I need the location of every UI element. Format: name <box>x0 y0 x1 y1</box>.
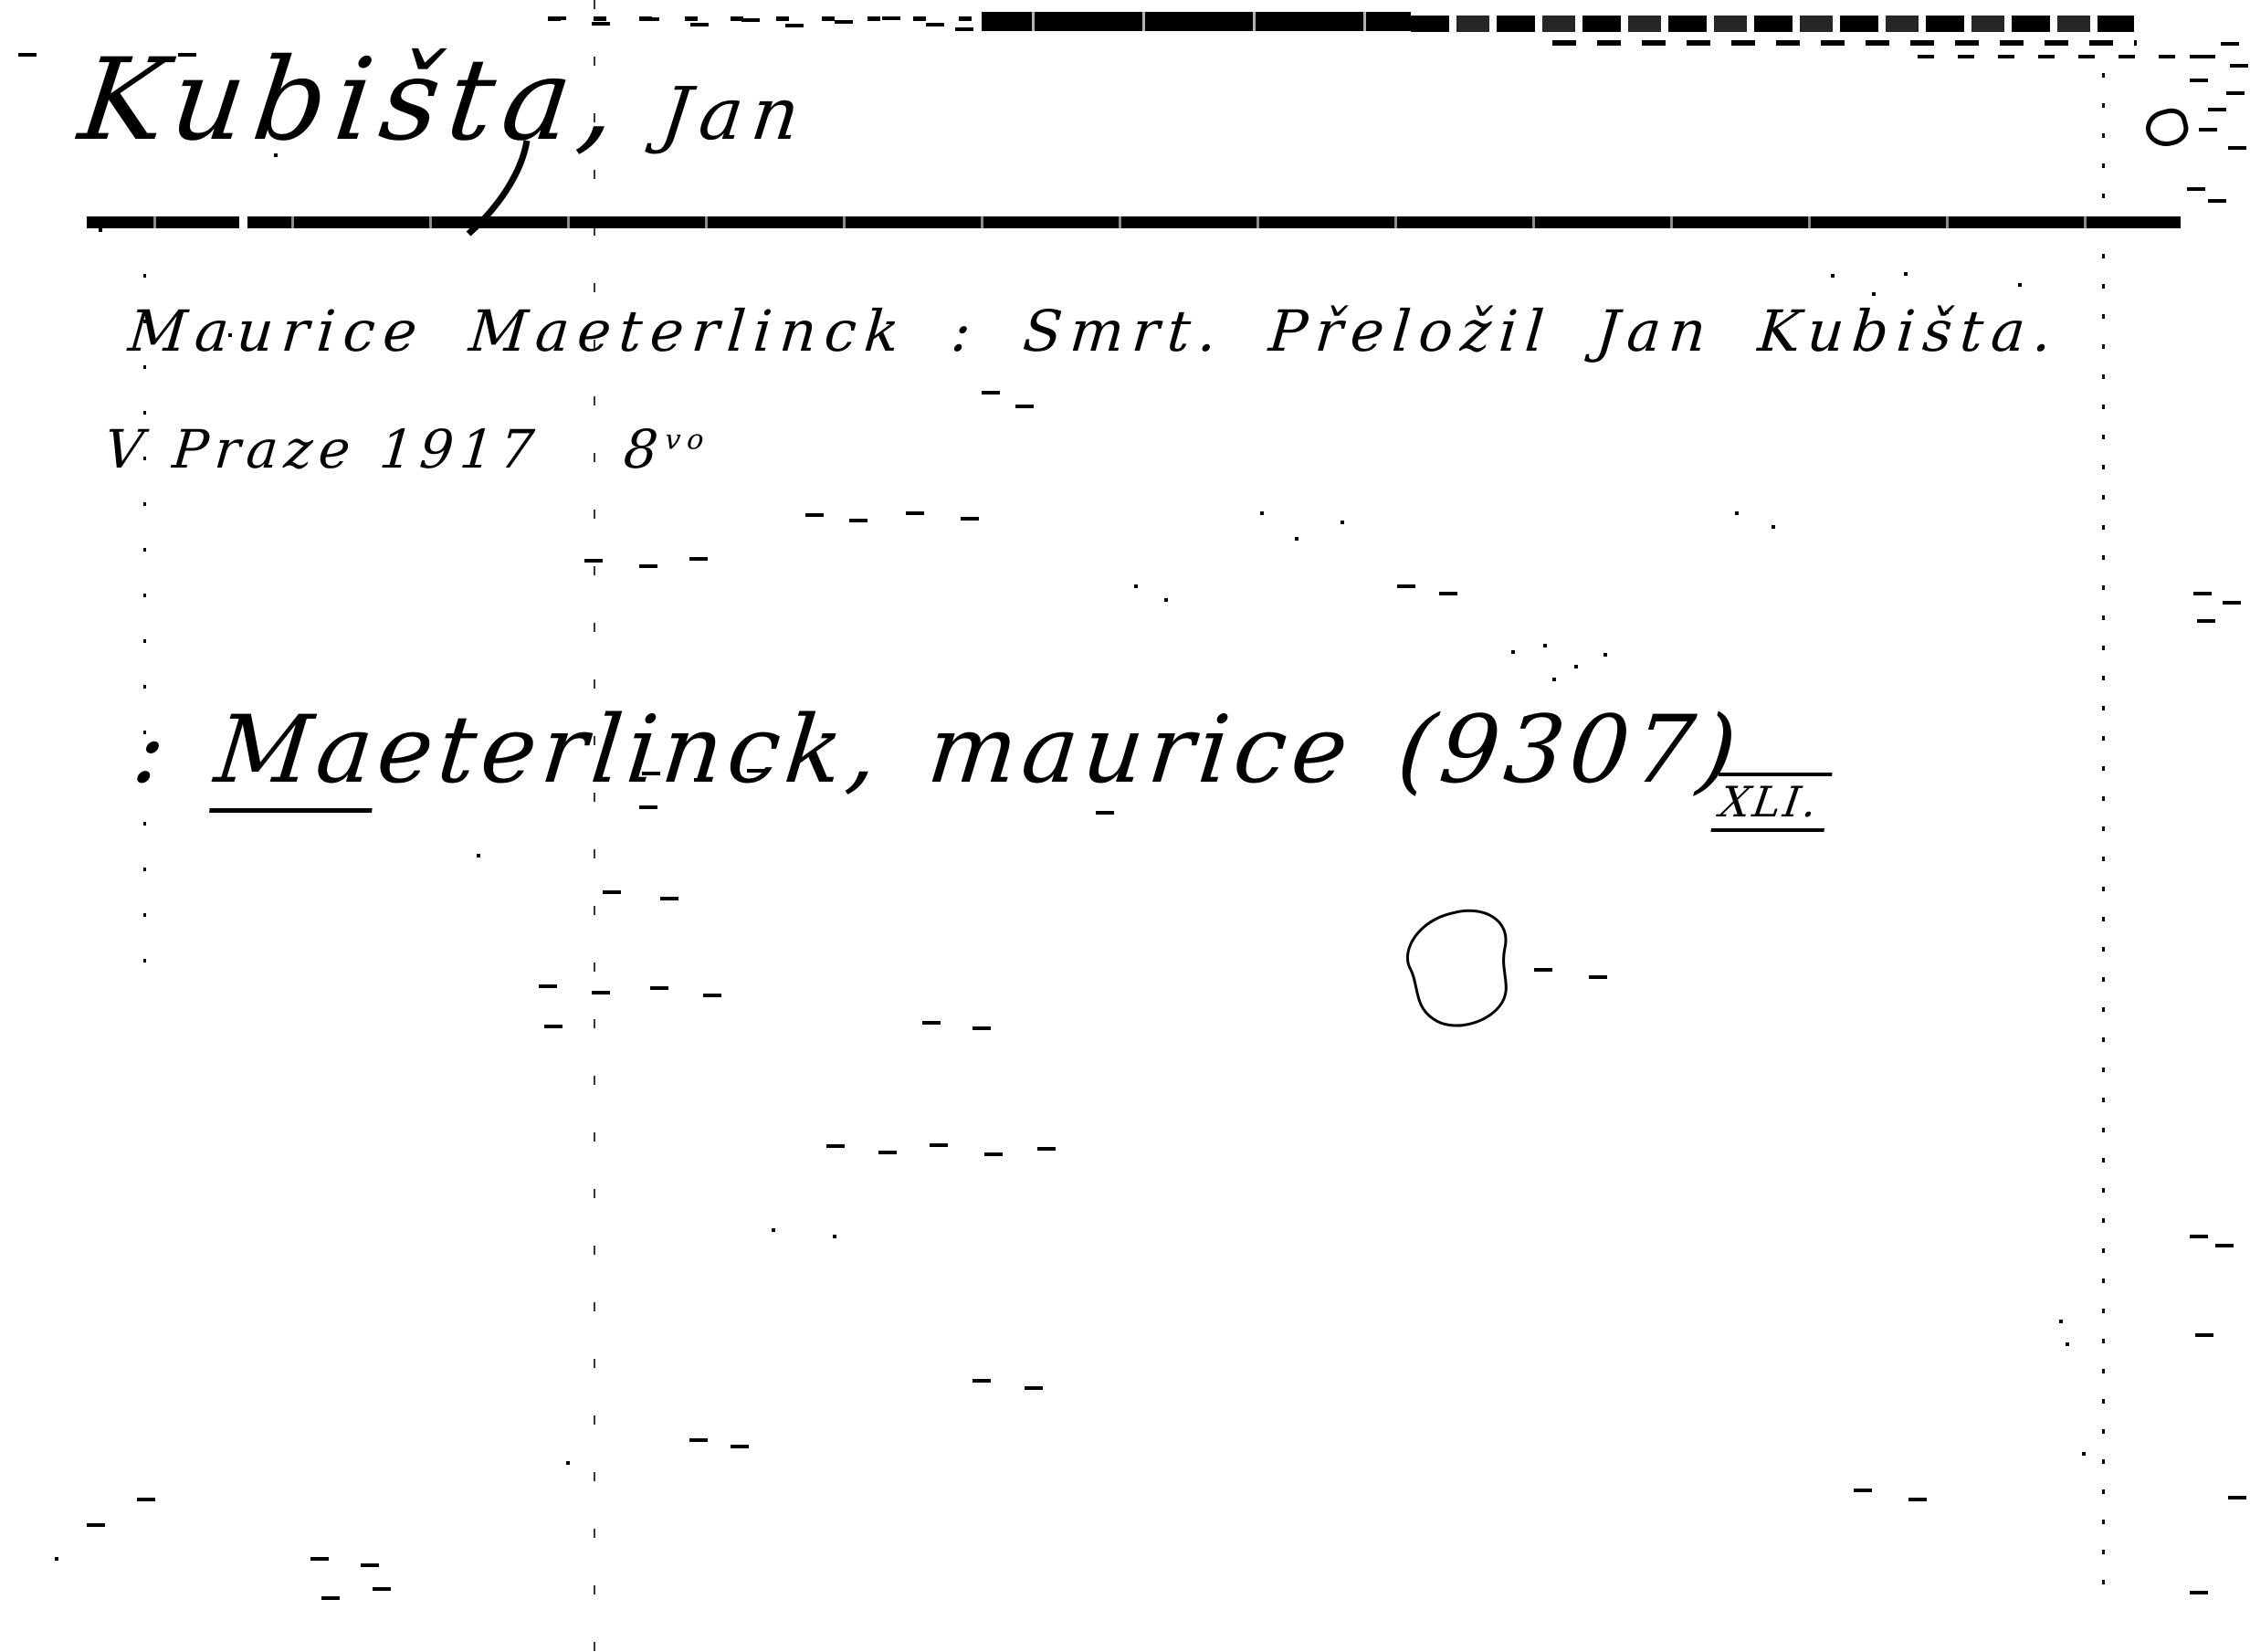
format-number: 8 <box>622 418 668 480</box>
added-entry-line: :Maeterlinck, maurice (9307) <box>128 696 1747 805</box>
imprint-line: V Praze 19178vo <box>102 418 712 480</box>
format-note: 8vo <box>622 418 712 480</box>
vertical-fold-line <box>594 0 595 1652</box>
right-perforation-dotline <box>2102 73 2105 1589</box>
shelf-mark-roman: XLI. <box>1710 773 1832 832</box>
heading-rule-gap <box>239 216 247 229</box>
imprint-place-year: V Praze 1917 <box>102 418 543 480</box>
entry-tail: , maurice (9307) <box>842 696 1747 805</box>
ink-squiggle <box>1397 904 1530 1046</box>
catalog-card: Kubišta,Jan Maurice Maeterlinck : Smrt. … <box>0 0 2250 1652</box>
title-statement: Maurice Maeterlinck : Smrt. Přeložil Jan… <box>126 298 2063 364</box>
format-suffix: vo <box>664 425 711 457</box>
card-heading: Kubišta,Jan <box>73 35 818 166</box>
left-margin-dotline <box>143 274 146 986</box>
entry-colon: : <box>128 696 176 805</box>
entry-name-rest: eterlinck <box>373 696 854 805</box>
heading-given-name: Jan <box>657 71 814 156</box>
scan-noise-dots <box>0 0 4 4</box>
scan-noise-band <box>1552 40 2137 46</box>
entry-name-underlined: Ma <box>209 696 384 813</box>
heading-rule <box>87 216 2181 228</box>
shelf-mark: XLI. <box>1715 773 1828 832</box>
scan-noise-band <box>982 12 1411 31</box>
scan-noise-band <box>1411 16 2134 32</box>
pencil-circle-mark <box>2142 105 2192 151</box>
scan-noise-band <box>1918 55 2219 58</box>
scan-noise-band <box>548 16 977 21</box>
